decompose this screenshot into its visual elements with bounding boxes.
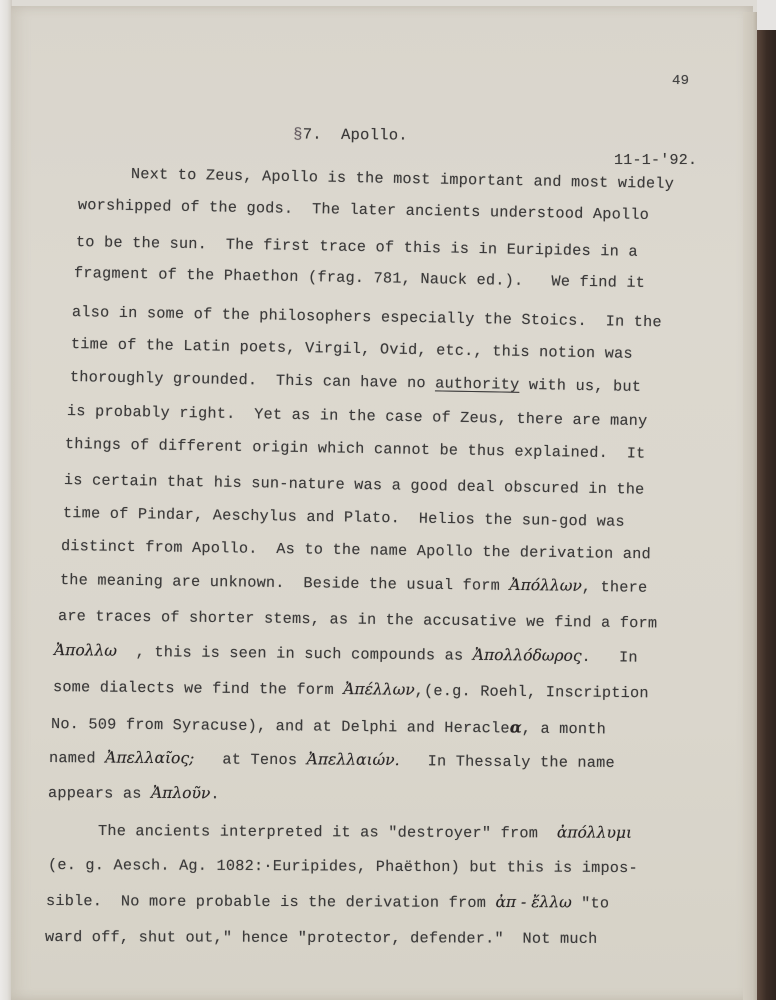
text-segment: , a month bbox=[522, 720, 606, 739]
greek-word: Ἀπολλω bbox=[54, 641, 117, 660]
section-mark: § bbox=[293, 125, 303, 143]
greek-word: Ἀπολλόδωρος bbox=[473, 646, 582, 665]
greek-word: Ἀπλοῦν bbox=[151, 784, 211, 802]
text-segment: "to bbox=[572, 894, 610, 912]
text-line: appears as Ἀπλοῦν. bbox=[48, 783, 220, 803]
page-number: 49 bbox=[672, 73, 689, 89]
text-segment: with us, but bbox=[519, 376, 641, 396]
text-line: The ancients interpreted it as "destroye… bbox=[98, 821, 632, 843]
book-spine bbox=[757, 30, 776, 1000]
text-segment: some dialects we find the form bbox=[53, 678, 343, 699]
background-gap bbox=[757, 0, 776, 30]
greek-word: Ἀπελλαῖος; bbox=[105, 748, 194, 767]
greek-word: Ἀπόλλων bbox=[509, 576, 582, 595]
text-segment: The ancients interpreted it as "destroye… bbox=[98, 822, 557, 842]
text-segment: , there bbox=[582, 578, 648, 597]
section-heading: §7. Apollo. bbox=[255, 107, 408, 163]
text-segment: . bbox=[210, 785, 220, 803]
handwritten-correction: α bbox=[510, 717, 522, 736]
lecture-date: 11-1-'92. bbox=[614, 152, 697, 169]
underlined-word: authority bbox=[435, 374, 520, 393]
greek-word: Ἀπελλαιών. bbox=[307, 750, 400, 769]
text-line: ward off, shut out," hence "protector, d… bbox=[45, 928, 598, 948]
text-line: sible. No more probable is the derivatio… bbox=[46, 891, 609, 912]
page-stack-edge bbox=[743, 12, 757, 1000]
photographed-book-page: 49 §7. Apollo. 11-1-'92. Next to Zeus, A… bbox=[0, 0, 776, 1000]
text-segment: appears as bbox=[48, 784, 151, 803]
text-segment: In Thessaly the name bbox=[399, 752, 615, 772]
greek-word: ἀπ - ἔλλω bbox=[495, 893, 571, 911]
text-segment: named bbox=[49, 749, 105, 767]
section-number: 7. bbox=[303, 126, 322, 144]
greek-word: Ἀπέλλων bbox=[343, 680, 415, 699]
text-segment: at Tenos bbox=[194, 750, 307, 769]
text-segment: ,(e.g. Roehl, Inscription bbox=[415, 682, 649, 702]
text-segment: sible. No more probable is the derivatio… bbox=[46, 892, 496, 912]
text-line: (e. g. Aesch. Ag. 1082:·Euripides, Phaët… bbox=[48, 856, 638, 877]
section-title: Apollo. bbox=[341, 126, 408, 145]
text-segment: . In bbox=[581, 648, 637, 667]
greek-word: ἀπόλλυμι bbox=[557, 823, 632, 841]
